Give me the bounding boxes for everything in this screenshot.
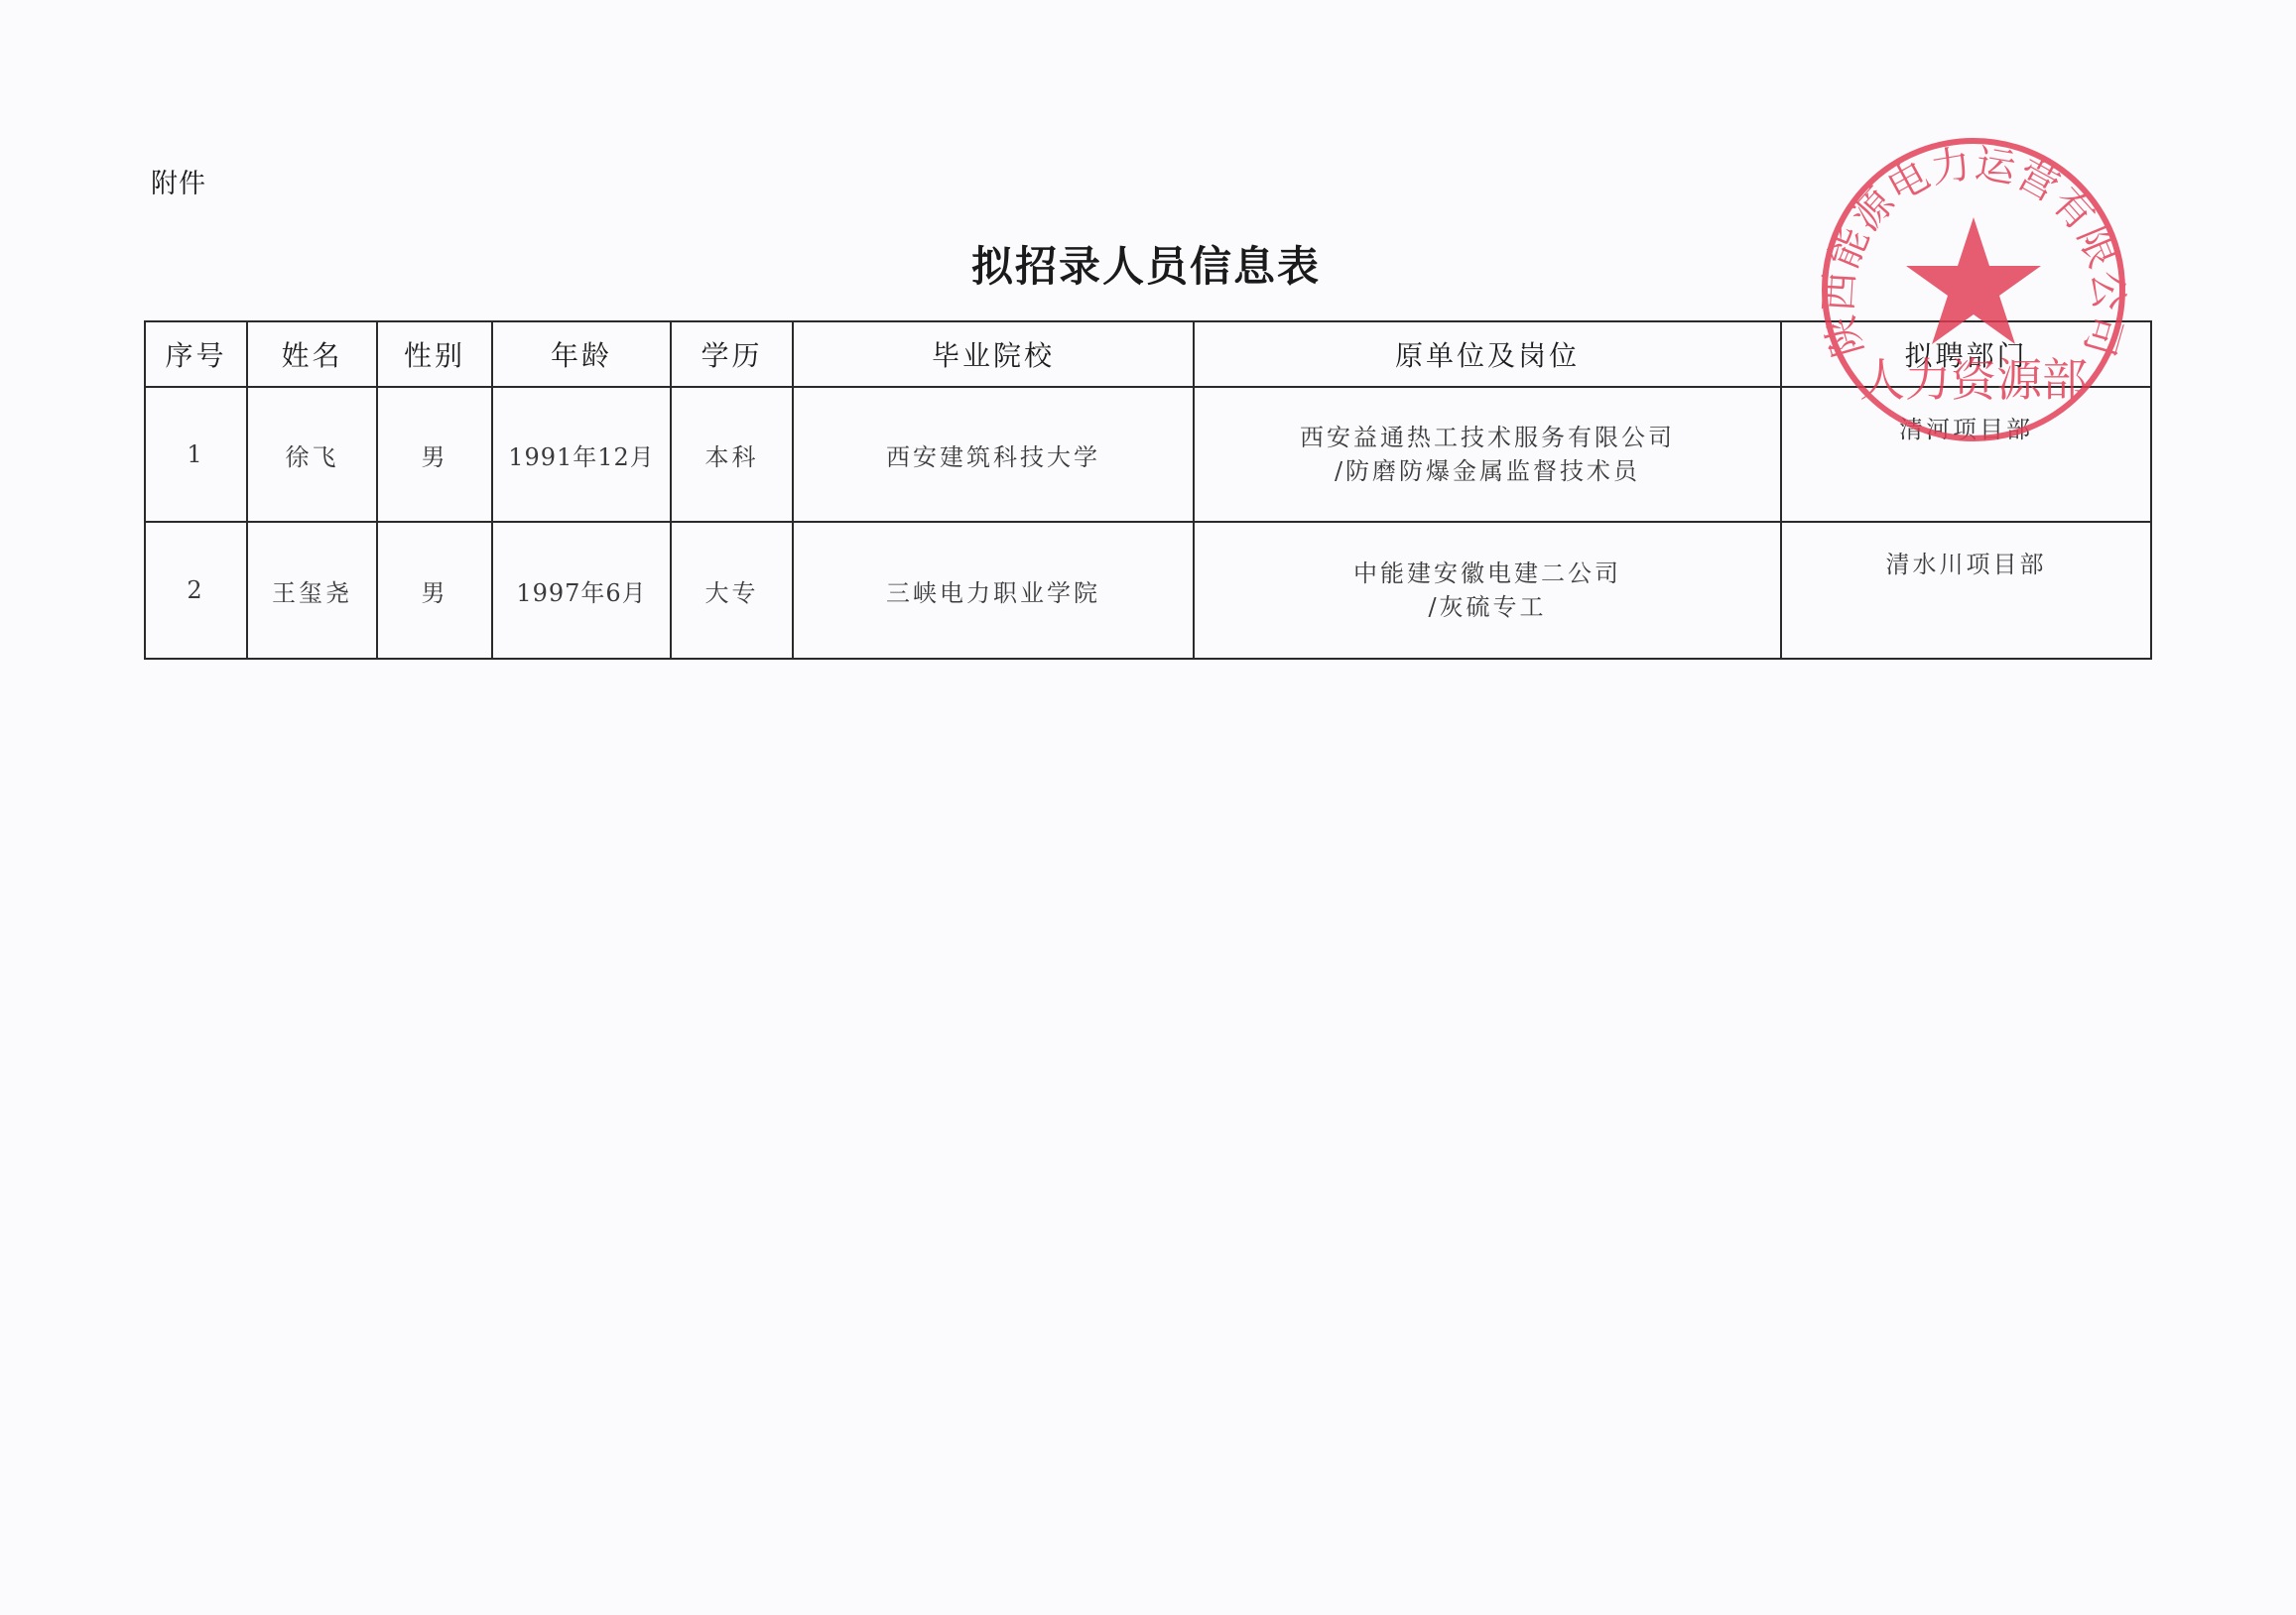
document-title: 拟招录人员信息表	[0, 234, 2296, 294]
attachment-label: 附件	[151, 162, 206, 200]
header-name: 姓名	[247, 321, 377, 387]
header-gender: 性别	[377, 321, 492, 387]
previous-company: 中能建安徽电建二公司	[1195, 557, 1780, 590]
previous-company: 西安益通热工技术服务有限公司	[1195, 421, 1780, 454]
previous-role: /灰硫专工	[1195, 590, 1780, 624]
header-previous-position: 原单位及岗位	[1194, 321, 1781, 387]
cell-education: 大专	[671, 522, 793, 659]
cell-name: 王玺尧	[247, 522, 377, 659]
cell-department: 清水川项目部	[1781, 522, 2151, 659]
cell-name: 徐飞	[247, 387, 377, 522]
cell-previous-position: 中能建安徽电建二公司 /灰硫专工	[1194, 522, 1781, 659]
header-index: 序号	[145, 321, 247, 387]
header-age: 年龄	[492, 321, 671, 387]
cell-department: 清河项目部	[1781, 387, 2151, 522]
cell-school: 西安建筑科技大学	[793, 387, 1194, 522]
cell-gender: 男	[377, 522, 492, 659]
table-row: 2 王玺尧 男 1997年6月 大专 三峡电力职业学院 中能建安徽电建二公司 /…	[145, 522, 2151, 659]
header-department: 拟聘部门	[1781, 321, 2151, 387]
cell-education: 本科	[671, 387, 793, 522]
cell-birth: 1991年12月	[492, 387, 671, 522]
table-row: 1 徐飞 男 1991年12月 本科 西安建筑科技大学 西安益通热工技术服务有限…	[145, 387, 2151, 522]
cell-index: 2	[145, 522, 247, 659]
cell-index: 1	[145, 387, 247, 522]
cell-gender: 男	[377, 387, 492, 522]
table-header-row: 序号 姓名 性别 年龄 学历 毕业院校 原单位及岗位 拟聘部门	[145, 321, 2151, 387]
cell-birth: 1997年6月	[492, 522, 671, 659]
recruit-info-table: 序号 姓名 性别 年龄 学历 毕业院校 原单位及岗位 拟聘部门 1 徐飞 男 1…	[144, 320, 2152, 660]
header-education: 学历	[671, 321, 793, 387]
cell-previous-position: 西安益通热工技术服务有限公司 /防磨防爆金属监督技术员	[1194, 387, 1781, 522]
cell-school: 三峡电力职业学院	[793, 522, 1194, 659]
header-school: 毕业院校	[793, 321, 1194, 387]
previous-role: /防磨防爆金属监督技术员	[1195, 454, 1780, 488]
document-title-text: 拟招录人员信息表	[971, 242, 1321, 291]
